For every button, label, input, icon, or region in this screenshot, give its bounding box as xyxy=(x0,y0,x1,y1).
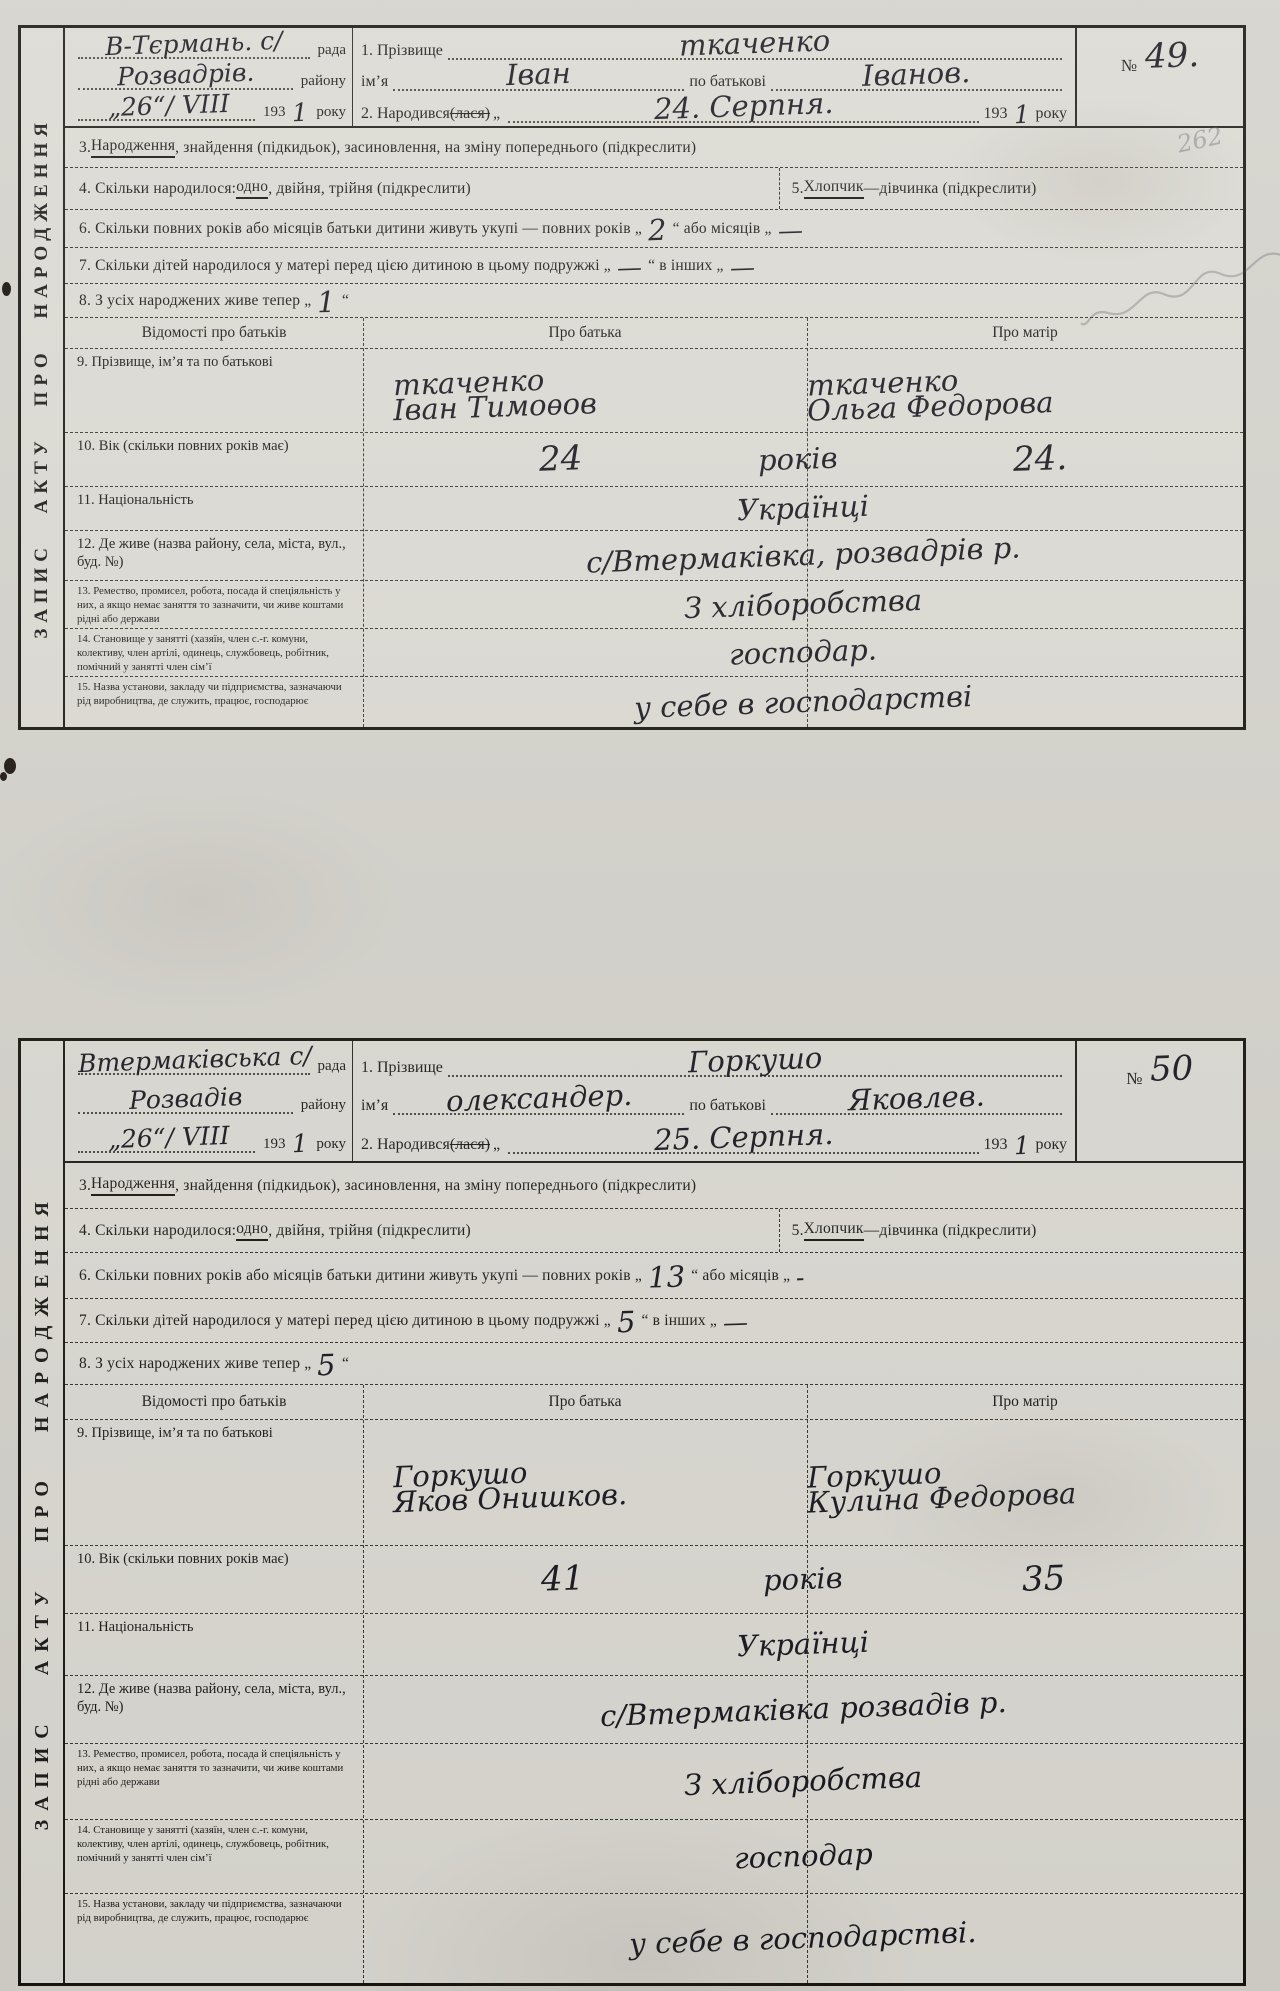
field-7-label: 7. Скільки дітей народилося у матері пер… xyxy=(79,257,611,275)
child-identity-block: 1. Прізвище ткаченко ім’я Іван по батько… xyxy=(353,28,1075,126)
patronymic-handwritten: Іванов. xyxy=(862,61,971,89)
year-printed: 193 xyxy=(984,1136,1008,1154)
live-months-handwritten: — xyxy=(777,219,803,241)
field-4-underlined: одно xyxy=(236,178,268,199)
rayon-handwritten: Розвадрів. xyxy=(116,62,254,88)
field-4-cell: 4. Скільки народилося: одно, двійня, трі… xyxy=(65,1209,780,1252)
row-11-label: 11. Національність xyxy=(65,1614,363,1675)
record-number-box: № 50 xyxy=(1075,1041,1243,1161)
surname-line: 1. Прізвище Горкушо xyxy=(361,1048,1067,1077)
row-14-status: 14. Становище у занятті (хазяїн, член с.… xyxy=(65,1819,1243,1893)
field-4-cell: 4. Скільки народилося: одно, двійня, трі… xyxy=(65,168,780,209)
workplace-handwritten: у себе в господарстві xyxy=(634,684,973,720)
field-5-cell: 5. Хлопчик—дівчинка (підкреслити) xyxy=(780,1209,1243,1252)
patronymic-handwritten: Яковлев. xyxy=(848,1084,986,1113)
rada-handwritten: Втермаківська с/ xyxy=(78,1045,312,1074)
birthdate-line: 2. Народився(лася) „ 24. Серпня. 193 1 р… xyxy=(361,94,1067,123)
parents-table: Відомості про батьків Про батька Про мат… xyxy=(65,1385,1243,1983)
mother-name-cell: Горкушо Кулина Федорова xyxy=(807,1420,1243,1545)
rada-line: Втермаківська с/ рада xyxy=(73,1049,346,1075)
field-5-pre: 5. xyxy=(792,180,804,198)
field-3-rest: , знайдення (підкидьок), засиновлення, н… xyxy=(175,139,696,157)
field-7-label: 7. Скільки дітей народилося у матері пер… xyxy=(79,1312,611,1330)
children-other-handwritten: — xyxy=(723,1311,749,1333)
record-number-handwritten: 50 xyxy=(1150,1054,1194,1084)
field-3-rest: , знайдення (підкидьок), засиновлення, н… xyxy=(175,1177,696,1195)
row-15-label: 15. Назва установи, закладу чи підприємс… xyxy=(65,1894,363,1983)
year-handwritten: 1 xyxy=(291,1133,308,1155)
header-parents: Відомості про батьків xyxy=(65,1393,363,1411)
header-mother: Про матір xyxy=(807,324,1243,342)
surname-label: 1. Прізвище xyxy=(361,42,443,60)
children-this-handwritten: 5 xyxy=(616,1310,636,1335)
alive-now-handwritten: 1 xyxy=(317,290,337,315)
rayon-line: Розвадрів. району xyxy=(73,64,346,90)
row-12-label: 12. Де живе (назва району, села, міста, … xyxy=(65,531,363,580)
row-13-label: 13. Ремество, промисел, робота, посада й… xyxy=(65,581,363,628)
live-years-handwritten: 13 xyxy=(648,1265,686,1291)
row-15-label: 15. Назва установи, закладу чи підприємс… xyxy=(65,677,363,727)
roku-label: року xyxy=(1035,1136,1067,1154)
born-label-strike: (лася) xyxy=(450,1136,490,1154)
field-6-label: 6. Скільки повних років або місяців бать… xyxy=(79,220,642,238)
name-line: ім’я олександер. по батькові Яковлев. xyxy=(361,1086,1067,1115)
children-this-handwritten: — xyxy=(617,256,643,278)
row-9-names: 9. Прізвище, ім’я та по батькові ткаченк… xyxy=(65,348,1243,432)
field-6-label-b: “ або місяців „ xyxy=(673,220,772,238)
row-9-label: 9. Прізвище, ім’я та по батькові xyxy=(65,1420,363,1545)
field-3-row: 3. Народження, знайдення (підкидьок), за… xyxy=(65,1163,1243,1209)
field-8-label-b: “ xyxy=(342,292,349,310)
rada-handwritten: В-Тєрмань. с/ xyxy=(105,30,283,57)
vertical-title: ЗАПИС АКТУ ПРО НАРОДЖЕННЯ xyxy=(31,117,53,639)
name-line: ім’я Іван по батькові Іванов. xyxy=(361,62,1067,91)
year-handwritten: 1 xyxy=(291,102,308,124)
rayon-line: Розвадів району xyxy=(73,1088,346,1114)
form-header: В-Тєрмань. с/ рада Розвадрів. району „26… xyxy=(65,28,1243,128)
header-parents: Відомості про батьків xyxy=(65,324,363,342)
father-name-cell: Горкушо Яков Онишков. xyxy=(363,1420,807,1545)
row-12-residence: 12. Де живе (назва району, села, міста, … xyxy=(65,1675,1243,1743)
field-8-row: 8. З усіх народжених живе тепер „ 5 “ xyxy=(65,1343,1243,1385)
row-12-residence: 12. Де живе (назва району, села, міста, … xyxy=(65,530,1243,580)
row-12-label: 12. Де живе (назва району, села, міста, … xyxy=(65,1676,363,1743)
patronymic-label: по батькові xyxy=(689,1097,766,1115)
residence-handwritten: с/Втермаківка розвадів р. xyxy=(599,1690,1006,1729)
workplace-handwritten: у себе в господарстві. xyxy=(629,1920,977,1957)
number-sign: № xyxy=(1126,1069,1142,1089)
name-label: ім’я xyxy=(361,1097,388,1115)
rayon-label: району xyxy=(298,73,346,90)
birthyear-handwritten: 1 xyxy=(1013,103,1030,125)
live-years-handwritten: 2 xyxy=(648,218,668,243)
mother-name-cell: ткаченко Ольга Федорова xyxy=(807,349,1243,432)
number-sign: № xyxy=(1121,56,1137,76)
council-block: В-Тєрмань. с/ рада Розвадрів. району „26… xyxy=(65,28,353,126)
field-4-5-row: 4. Скільки народилося: одно, двійня, трі… xyxy=(65,1209,1243,1253)
header-father: Про батька xyxy=(363,324,807,342)
birth-record-form-50: ЗАПИС АКТУ ПРО НАРОДЖЕННЯ Втермаківська … xyxy=(18,1038,1246,1986)
status-handwritten: господар. xyxy=(729,638,878,668)
row-15-workplace: 15. Назва установи, закладу чи підприємс… xyxy=(65,676,1243,727)
year-printed: 193 xyxy=(260,1136,286,1153)
header-mother: Про матір xyxy=(807,1393,1243,1411)
row-10-label: 10. Вік (скільки повних років має) xyxy=(65,1546,363,1613)
born-label: 2. Народився xyxy=(361,1136,450,1154)
row-13-occupation: 13. Ремество, промисел, робота, посада й… xyxy=(65,580,1243,628)
open-quote: „ xyxy=(493,1136,500,1154)
vertical-title-strip: ЗАПИС АКТУ ПРО НАРОДЖЕННЯ xyxy=(21,28,65,727)
field-7-row: 7. Скільки дітей народилося у матері пер… xyxy=(65,248,1243,284)
mother-age-handwritten: 35 xyxy=(1022,1564,1066,1594)
record-number-box: № 49. 262 xyxy=(1075,28,1243,126)
surname-handwritten: Горкушо xyxy=(687,1045,822,1074)
year-printed: 193 xyxy=(984,105,1008,123)
mother-age-handwritten: 24. xyxy=(1013,444,1068,475)
field-3-pre: 3. xyxy=(79,139,91,157)
residence-handwritten: с/Втермаківка, розвадрів р. xyxy=(585,536,1020,576)
live-months-handwritten: - xyxy=(796,1267,805,1289)
father-name-cell: ткаченко Іван Тимоѳов xyxy=(363,349,807,432)
row-14-label: 14. Становище у занятті (хазяїн, член с.… xyxy=(65,1820,363,1893)
nationality-handwritten: Українці xyxy=(737,494,870,523)
parents-table-header: Відомості про батьків Про батька Про мат… xyxy=(65,1385,1243,1419)
field-4-pre: 4. Скільки народилося: xyxy=(79,1222,236,1240)
parents-table: Відомості про батьків Про батька Про мат… xyxy=(65,318,1243,727)
field-6-row: 6. Скільки повних років або місяців бать… xyxy=(65,1253,1243,1299)
field-5-underlined: Хлопчик xyxy=(804,1220,864,1241)
vertical-title: ЗАПИС АКТУ ПРО НАРОДЖЕННЯ xyxy=(31,1193,54,1830)
birthdate-line: 2. Народився(лася) „ 25. Серпня. 193 1 р… xyxy=(361,1125,1067,1154)
form-content: В-Тєрмань. с/ рада Розвадрів. району „26… xyxy=(65,28,1243,727)
father-age-handwritten: 24 xyxy=(538,444,582,474)
row-9-label: 9. Прізвище, ім’я та по батькові xyxy=(65,349,363,432)
row-14-label: 14. Становище у занятті (хазяїн, член с.… xyxy=(65,629,363,676)
field-3-underlined: Народження xyxy=(91,137,175,158)
row-9-names: 9. Прізвище, ім’я та по батькові Горкушо… xyxy=(65,1419,1243,1545)
row-10-label: 10. Вік (скільки повних років має) xyxy=(65,433,363,486)
field-4-rest: , двійня, трійня (підкреслити) xyxy=(268,1222,471,1240)
field-6-label: 6. Скільки повних років або місяців бать… xyxy=(79,1267,642,1285)
birth-record-form-49: ЗАПИС АКТУ ПРО НАРОДЖЕННЯ В-Тєрмань. с/ … xyxy=(18,25,1246,730)
row-11-nationality: 11. Національність Українці xyxy=(65,1613,1243,1675)
date-line: „26“/ VIII 193 1 року xyxy=(73,1127,346,1153)
field-3-row: 3. Народження, знайдення (підкидьок), за… xyxy=(65,128,1243,168)
field-7-label-b: “ в інших „ xyxy=(648,257,724,275)
council-block: Втермаківська с/ рада Розвадів району „2… xyxy=(65,1041,353,1161)
rada-line: В-Тєрмань. с/ рада xyxy=(73,33,346,59)
age-word-handwritten: років xyxy=(757,446,837,473)
rayon-label: району xyxy=(298,1097,346,1114)
field-4-rest: , двійня, трійня (підкреслити) xyxy=(268,180,471,198)
field-3-pre: 3. xyxy=(79,1177,91,1195)
surname-label: 1. Прізвище xyxy=(361,1059,443,1077)
status-handwritten: господар xyxy=(733,1842,873,1871)
field-8-label: 8. З усіх народжених живе тепер „ xyxy=(79,1355,311,1373)
field-6-row: 6. Скільки повних років або місяців бать… xyxy=(65,210,1243,248)
roku-label: року xyxy=(1035,105,1067,123)
paper-speck xyxy=(2,282,11,296)
field-4-underlined: одно xyxy=(236,1220,268,1241)
name-label: ім’я xyxy=(361,73,388,91)
roku-label: року xyxy=(313,104,346,121)
rayon-handwritten: Розвадів xyxy=(128,1086,242,1111)
field-7-label-b: “ в інших „ xyxy=(642,1312,718,1330)
row-11-label: 11. Національність xyxy=(65,487,363,530)
form-content: Втермаківська с/ рада Розвадів району „2… xyxy=(65,1041,1243,1983)
open-quote: „ xyxy=(493,105,500,123)
field-5-pre: 5. xyxy=(792,1222,804,1240)
field-8-label-b: “ xyxy=(342,1355,349,1373)
vertical-title-strip: ЗАПИС АКТУ ПРО НАРОДЖЕННЯ xyxy=(21,1041,65,1983)
alive-now-handwritten: 5 xyxy=(317,1353,337,1378)
row-13-label: 13. Ремество, промисел, робота, посада й… xyxy=(65,1744,363,1819)
born-label: 2. Народився xyxy=(361,105,450,123)
children-other-handwritten: — xyxy=(729,256,755,278)
child-identity-block: 1. Прізвище Горкушо ім’я олександер. по … xyxy=(353,1041,1075,1161)
field-7-row: 7. Скільки дітей народилося у матері пер… xyxy=(65,1299,1243,1343)
occupation-handwritten: З хліборобства xyxy=(684,588,923,621)
roku-label: року xyxy=(313,1136,346,1153)
row-13-occupation: 13. Ремество, промисел, робота, посада й… xyxy=(65,1743,1243,1819)
field-4-pre: 4. Скільки народилося: xyxy=(79,180,236,198)
birthdate-handwritten: 24. Серпня. xyxy=(653,91,833,122)
date-handwritten: „26“/ VIII xyxy=(108,93,230,118)
date-line: „26“/ VIII 193 1 року xyxy=(73,95,346,121)
nationality-handwritten: Українці xyxy=(737,1630,870,1659)
field-6-label-b: “ або місяців „ xyxy=(691,1267,790,1285)
field-8-row: 8. З усіх народжених живе тепер „ 1 “ xyxy=(65,284,1243,318)
paper-speck xyxy=(0,772,7,781)
row-10-age: 10. Вік (скільки повних років має) 41 ро… xyxy=(65,1545,1243,1613)
name-handwritten: Іван xyxy=(506,61,572,88)
field-3-underlined: Народження xyxy=(91,1175,175,1196)
rada-label: рада xyxy=(315,1058,346,1075)
record-number-handwritten: 49. xyxy=(1145,41,1200,72)
field-5-rest: —дівчинка (підкреслити) xyxy=(864,180,1037,198)
header-father: Про батька xyxy=(363,1393,807,1411)
field-8-label: 8. З усіх народжених живе тепер „ xyxy=(79,292,311,310)
birthyear-handwritten: 1 xyxy=(1013,1135,1030,1157)
father-age-handwritten: 41 xyxy=(540,1564,584,1594)
occupation-handwritten: З хліборобства xyxy=(684,1765,923,1798)
rada-label: рада xyxy=(315,42,346,59)
born-label-strike: (лася) xyxy=(450,105,490,123)
surname-handwritten: ткаченко xyxy=(679,29,831,59)
year-printed: 193 xyxy=(260,104,286,121)
field-5-cell: 5. Хлопчик—дівчинка (підкреслити) xyxy=(780,168,1243,209)
age-word-handwritten: років xyxy=(763,1566,843,1593)
field-5-rest: —дівчинка (підкреслити) xyxy=(864,1222,1037,1240)
row-11-nationality: 11. Національність Українці xyxy=(65,486,1243,530)
row-15-workplace: 15. Назва установи, закладу чи підприємс… xyxy=(65,1893,1243,1983)
row-14-status: 14. Становище у занятті (хазяїн, член с.… xyxy=(65,628,1243,676)
birthdate-handwritten: 25. Серпня. xyxy=(653,1122,833,1153)
field-4-5-row: 4. Скільки народилося: одно, двійня, трі… xyxy=(65,168,1243,210)
form-header: Втермаківська с/ рада Розвадів району „2… xyxy=(65,1041,1243,1163)
name-handwritten: олександер. xyxy=(445,1083,632,1114)
parents-table-header: Відомості про батьків Про батька Про мат… xyxy=(65,318,1243,348)
field-5-underlined: Хлопчик xyxy=(804,178,864,199)
row-10-age: 10. Вік (скільки повних років має) 24 ро… xyxy=(65,432,1243,486)
date-handwritten: „26“/ VIII xyxy=(108,1125,230,1150)
paper-speck xyxy=(4,758,16,774)
